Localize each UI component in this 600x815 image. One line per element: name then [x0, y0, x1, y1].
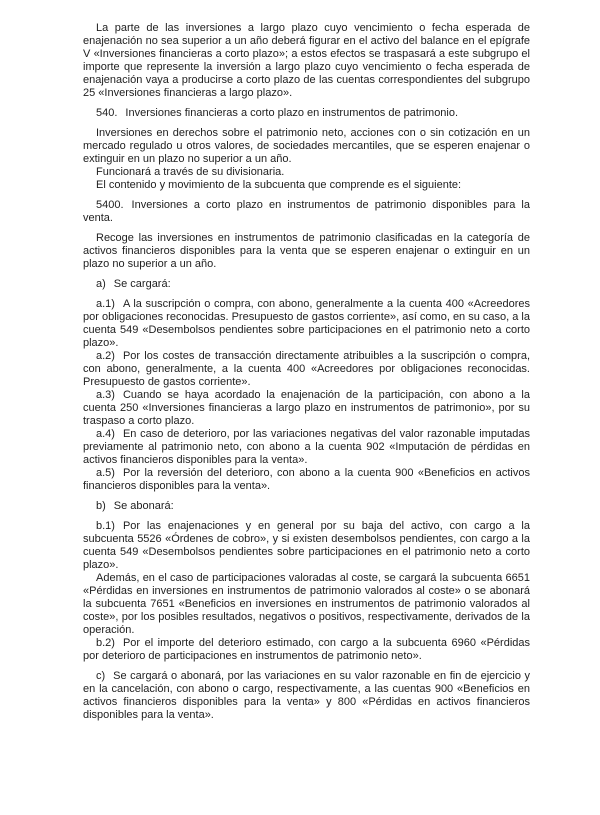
paragraph-label: a.2) [96, 350, 123, 362]
paragraph: a.2)Por los costes de transacción direct… [83, 350, 530, 389]
paragraph: b.1)Por las enajenaciones y en general p… [83, 520, 530, 572]
paragraph-text: Se abonará: [114, 500, 174, 512]
paragraph: b.2)Por el importe del deterioro estimad… [83, 637, 530, 663]
paragraph-label: b.2) [96, 637, 123, 649]
paragraph-text: El contenido y movimiento de la subcuent… [96, 179, 461, 191]
paragraph: La parte de las inversiones a largo plaz… [83, 22, 530, 100]
paragraph-label: a.5) [96, 467, 123, 479]
paragraph-label: 5400. [96, 199, 132, 211]
paragraph: 5400.Inversiones a corto plazo en instru… [83, 199, 530, 225]
paragraph: Además, en el caso de participaciones va… [83, 572, 530, 637]
paragraph: El contenido y movimiento de la subcuent… [83, 179, 530, 192]
paragraph-text: Inversiones a corto plazo en instrumento… [83, 199, 530, 224]
paragraph-label: a) [96, 278, 114, 290]
paragraph-text: Recoge las inversiones en instrumentos d… [83, 232, 530, 270]
paragraph-label: a.3) [96, 389, 123, 401]
paragraph: Inversiones en derechos sobre el patrimo… [83, 127, 530, 166]
paragraph-label: 540. [96, 107, 125, 119]
paragraph-text: Inversiones en derechos sobre el patrimo… [83, 127, 530, 165]
paragraph: a.5)Por la reversión del deterioro, con … [83, 467, 530, 493]
paragraph: a.3)Cuando se haya acordado la enajenaci… [83, 389, 530, 428]
paragraph: Recoge las inversiones en instrumentos d… [83, 232, 530, 271]
paragraph-text: Por las enajenaciones y en general por s… [83, 520, 530, 571]
paragraph-text: Cuando se haya acordado la enajenación d… [83, 389, 530, 427]
paragraph-text: En caso de deterioro, por las variacione… [83, 428, 530, 466]
paragraph: a)Se cargará: [83, 278, 530, 291]
paragraph: c)Se cargará o abonará, por las variacio… [83, 670, 530, 722]
paragraph-text: Por la reversión del deterioro, con abon… [83, 467, 530, 492]
paragraph-label: b) [96, 500, 114, 512]
paragraph-text: A la suscripción o compra, con abono, ge… [83, 298, 530, 349]
paragraph-text: Además, en el caso de participaciones va… [83, 572, 530, 636]
paragraph-text: Funcionará a través de su divisionaria. [96, 166, 284, 178]
paragraph-text: La parte de las inversiones a largo plaz… [83, 22, 530, 99]
paragraph: Funcionará a través de su divisionaria. [83, 166, 530, 179]
paragraph: b)Se abonará: [83, 500, 530, 513]
paragraph-label: c) [96, 670, 113, 682]
paragraph: a.4)En caso de deterioro, por las variac… [83, 428, 530, 467]
paragraph: a.1)A la suscripción o compra, con abono… [83, 298, 530, 350]
paragraph-label: a.4) [96, 428, 123, 440]
paragraph-text: Se cargará o abonará, por las variacione… [83, 670, 530, 721]
paragraph-text: Por los costes de transacción directamen… [83, 350, 530, 388]
paragraph: 540.Inversiones financieras a corto plaz… [83, 107, 530, 120]
paragraph-text: Inversiones financieras a corto plazo en… [125, 107, 458, 119]
paragraph-text: Se cargará: [114, 278, 171, 290]
paragraph-label: b.1) [96, 520, 123, 532]
document-page: La parte de las inversiones a largo plaz… [0, 0, 600, 815]
paragraph-text: Por el importe del deterioro estimado, c… [83, 637, 530, 662]
paragraph-label: a.1) [96, 298, 123, 310]
